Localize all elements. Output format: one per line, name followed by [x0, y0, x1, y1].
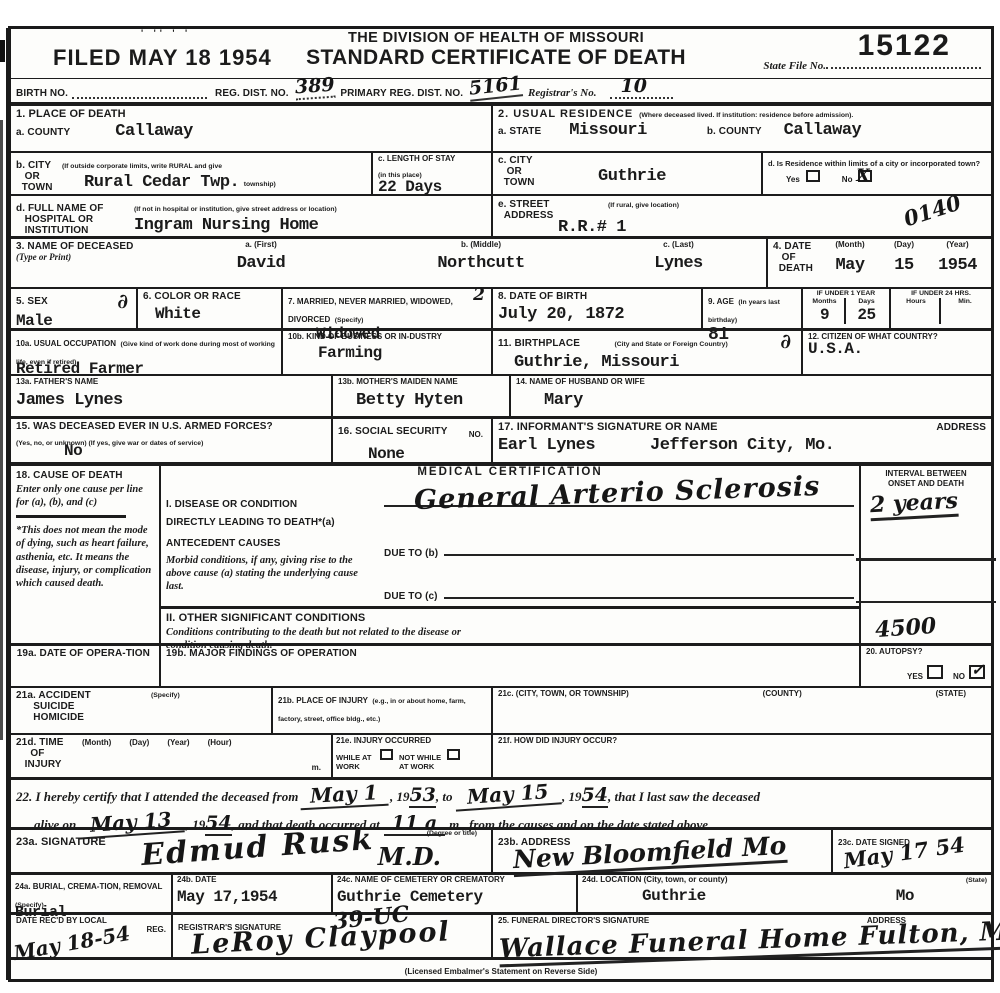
months-label: Months [805, 298, 844, 306]
father-name-value: James Lynes [16, 391, 326, 410]
injury-occurred-label: 21e. INJURY OCCURRED [336, 737, 488, 746]
under-24-hrs-cell: IF UNDER 24 HRS. Hours Min. [891, 289, 991, 328]
min-label: Min. [941, 298, 989, 306]
informant-address-value: Jefferson City, Mo. [650, 436, 834, 455]
primary-reg-dist-label: PRIMARY REG. DIST. NO. [340, 88, 463, 99]
while-at-work-label: WHILE AT WORK [336, 753, 380, 771]
county-value: Callaway [115, 122, 193, 141]
injury-county-label: (COUNTY) [763, 690, 802, 699]
certificate-title: STANDARD CERTIFICATE OF DEATH [281, 46, 711, 70]
line-a-label: (a) [322, 517, 335, 528]
injury-state-label: (STATE) [936, 690, 966, 699]
burial-type-label: 24a. BURIAL, CREMA-TION, REMOVAL [15, 882, 162, 891]
burial-location-label: 24d. LOCATION (City, town, or county) [582, 876, 727, 885]
under-24-hrs-label: IF UNDER 24 HRS. [893, 290, 989, 298]
hours-label: Hours [893, 298, 939, 306]
marital-label: 7. MARRIED, NEVER MARRIED, WIDOWED, DIVO… [288, 297, 453, 324]
death-year-label: (Year) [929, 241, 986, 250]
place-of-injury-cell: 21b. PLACE OF INJURY (e.g., in or about … [273, 688, 493, 733]
cause-notes-cell: 18. CAUSE OF DEATH Enter only one cause … [11, 466, 161, 643]
birthplace-note: (City and State or Foreign Country) [614, 341, 727, 348]
place-city-note2: township) [244, 181, 276, 188]
days-value: 25 [846, 306, 887, 324]
birthplace-cell: 11. BIRTHPLACE (City and State or Foreig… [493, 331, 803, 374]
row-parents: 13a. FATHER'S NAME James Lynes 13b. MOTH… [11, 376, 991, 419]
disease-condition-label-1: I. DISEASE OR CONDITION [166, 499, 297, 510]
death-certificate-sheet: ' '' ' ' FILED MAY 18 1954 THE DIVISION … [8, 26, 994, 982]
limits-no-checkbox: X [858, 170, 872, 182]
degree-label: (Degree or title) [427, 830, 477, 838]
date-received-value: May 18-54 [12, 921, 132, 965]
footer-row: (Licensed Embalmer's Statement on Revers… [11, 960, 991, 976]
autopsy-yes-label: YES [907, 673, 923, 682]
burial-state-value: Mo [896, 887, 914, 905]
date-of-operation-label: 19a. DATE OF OPERA-TION [16, 648, 154, 659]
date-of-death-label: 4. DATE OF DEATH [773, 241, 821, 285]
first-name-label: a. (First) [156, 241, 366, 250]
due-to-b-label: DUE TO (b) [384, 548, 438, 559]
burial-date-cell: 24b. DATE May 17,1954 [173, 875, 333, 912]
death-month-value: May [821, 256, 879, 275]
place-of-death-title: 1. PLACE OF DEATH [16, 108, 486, 120]
row-demographics: 5. SEX ∂ Male 6. COLOR OR RACE White 7. … [11, 289, 991, 331]
embalmer-note-cell: (Licensed Embalmer's Statement on Revers… [11, 960, 991, 976]
injury-city-label: 21c. (CITY, TOWN, OR TOWNSHIP) [498, 690, 629, 699]
row-place-residence-a: 1. PLACE OF DEATH a. COUNTY Callaway 2. … [11, 106, 991, 153]
other-conditions-label: II. OTHER SIGNIFICANT CONDITIONS [166, 612, 854, 624]
industry-label: 10b. KIND OF BUSINESS OR IN-DUSTRY [288, 333, 486, 342]
first-name-value: David [156, 254, 366, 273]
row-accident: 21a. ACCIDENT SUICIDE HOMICIDE (Specify)… [11, 688, 991, 735]
mother-name-label: 13b. MOTHER'S MAIDEN NAME [338, 378, 504, 387]
injury-location-cell: 21c. (CITY, TOWN, OR TOWNSHIP) (COUNTY) … [493, 688, 991, 733]
embalmer-note: (Licensed Embalmer's Statement on Revers… [405, 967, 598, 976]
residence-city-cell: c. CITY OR TOWN Guthrie [493, 153, 763, 194]
residence-county-label: b. COUNTY [707, 126, 762, 137]
funeral-director-label: 25. FUNERAL DIRECTOR'S SIGNATURE [498, 917, 649, 926]
name-of-deceased-cell: 3. NAME OF DECEASED (Type or Print) a. (… [11, 239, 768, 287]
antecedent-causes-label: ANTECEDENT CAUSES [166, 538, 384, 549]
physician-address-cell: 23b. ADDRESS New Bloomfield Mo [493, 830, 833, 872]
street-address-cell: e. STREET ADDRESS (If rural, give locati… [493, 196, 991, 236]
spouse-name-value: Mary [544, 391, 986, 410]
state-file-no-label: State File No. [763, 60, 826, 72]
industry-value: Farming [318, 344, 486, 362]
death-day-label: (Day) [879, 241, 929, 250]
sex-scribble: ∂ [117, 289, 128, 313]
last-name-label: c. (Last) [596, 241, 761, 250]
armed-forces-label: 15. WAS DECEASED EVER IN U.S. ARMED FORC… [16, 421, 326, 432]
name-title: 3. NAME OF DECEASED [16, 241, 156, 252]
date-of-birth-cell: 8. DATE OF BIRTH July 20, 1872 [493, 289, 703, 328]
father-name-label: 13a. FATHER'S NAME [16, 378, 326, 387]
date-of-birth-label: 8. DATE OF BIRTH [498, 291, 696, 302]
interval-line-b [856, 558, 996, 561]
informant-label: 17. INFORMANT'S SIGNATURE OR NAME [498, 421, 718, 433]
due-to-b-line [444, 546, 854, 556]
cause-note-2: *This does not mean the mode of dying, s… [16, 524, 154, 590]
cause-scribble-4500: 4500 [874, 613, 937, 643]
usual-residence-title: 2. USUAL RESIDENCE [498, 108, 633, 120]
reg-dist-label: REG. DIST. NO. [215, 88, 289, 99]
not-while-at-work-checkbox [447, 749, 460, 760]
middle-name-label: b. (Middle) [366, 241, 596, 250]
row-time-of-injury: 21d. TIME OF INJURY (Month) (Day) (Year)… [11, 735, 991, 780]
row-name-dateofdeath: 3. NAME OF DECEASED (Type or Print) a. (… [11, 239, 991, 289]
physician-signature-value: Edmud Rusk [140, 822, 375, 873]
cert-year-1: 53 [409, 784, 435, 808]
limits-yes-checkbox [806, 170, 820, 182]
cert-text-2: , 19 [390, 789, 410, 805]
ssn-label: 16. SOCIAL SECURITY [338, 426, 448, 437]
birthplace-label: 11. BIRTHPLACE [498, 338, 580, 349]
certification-cell: 22. I hereby certify that I attended the… [11, 780, 991, 827]
physician-signature-cell: 23a. SIGNATURE Edmud Rusk (Degree or tit… [11, 830, 493, 872]
row-place-residence-b: b. CITY OR TOWN (If outside corporate li… [11, 153, 991, 196]
autopsy-cell: 20. AUTOPSY? YES NO ✓ [861, 646, 991, 686]
injury-m-label: m. [312, 764, 321, 773]
row-operation-autopsy: 19a. DATE OF OPERA-TION 19b. MAJOR FINDI… [11, 646, 991, 688]
interval-value: 2 years [869, 488, 958, 522]
burial-location-cell: 24d. LOCATION (City, town, or county) (S… [578, 875, 991, 912]
sex-label: 5. SEX [16, 296, 48, 307]
registrar-no-value: 10 [610, 75, 672, 99]
race-label: 6. COLOR OR RACE [143, 291, 276, 302]
disease-condition-label-2: DIRECTLY LEADING TO DEATH* [166, 517, 322, 528]
birth-no-line [72, 87, 207, 99]
father-name-cell: 13a. FATHER'S NAME James Lynes [11, 376, 333, 416]
time-of-injury-cell: 21d. TIME OF INJURY (Month) (Day) (Year)… [11, 735, 333, 777]
date-of-birth-value: July 20, 1872 [498, 305, 696, 324]
cause-of-death-title: 18. CAUSE OF DEATH [16, 470, 154, 481]
autopsy-no-checkbox: ✓ [969, 665, 985, 679]
burial-date-value: May 17,1954 [177, 888, 327, 906]
injury-hour-label: (Hour) [208, 739, 232, 748]
hospital-value: Ingram Nursing Home [134, 216, 318, 235]
spouse-name-cell: 14. NAME OF HUSBAND OR WIFE Mary [511, 376, 991, 416]
due-to-c-label: DUE TO (c) [384, 591, 438, 602]
cause-line-a: General Arterio Sclerosis [384, 485, 854, 507]
name-title-note: (Type or Print) [16, 252, 156, 263]
age-cell: 9. AGE (In years last birthday) 81 [703, 289, 803, 328]
ssn-value: None [368, 445, 486, 463]
informant-name-value: Earl Lynes [498, 436, 595, 455]
mother-name-value: Betty Hyten [356, 391, 504, 410]
cert-text-4: , 19 [562, 789, 582, 805]
time-of-injury-label: 21d. TIME OF INJURY [16, 737, 74, 770]
funeral-director-cell: 25. FUNERAL DIRECTOR'S SIGNATURE ADDRESS… [493, 915, 991, 957]
row-forces-ssn-informant: 15. WAS DECEASED EVER IN U.S. ARMED FORC… [11, 419, 991, 466]
citizenship-value: U.S.A. [808, 340, 986, 358]
days-label: Days [846, 298, 887, 306]
last-name-value: Lynes [596, 254, 761, 273]
cemetery-label: 24c. NAME OF CEMETERY OR CREMATORY [337, 876, 572, 885]
residence-city-value: Guthrie [598, 167, 666, 186]
industry-cell: 10b. KIND OF BUSINESS OR IN-DUSTRY Farmi… [283, 331, 493, 374]
while-at-work-checkbox [380, 749, 393, 760]
accident-type-cell: 21a. ACCIDENT SUICIDE HOMICIDE (Specify) [11, 688, 273, 733]
date-received-label: DATE REC'D BY LOCALREG. [16, 917, 166, 926]
scan-edge-artifact [0, 40, 5, 62]
registration-cell: BIRTH NO. REG. DIST. NO. 389 PRIMARY REG… [11, 79, 991, 102]
death-day-value: 15 [879, 256, 929, 275]
burial-state-label: (State) [966, 877, 987, 885]
cert-text-5: , that I last saw the deceased [608, 789, 760, 805]
armed-forces-note: (Yes, no, or unknown) (If yes, give war … [16, 440, 203, 447]
interval-line-c [856, 601, 996, 603]
burial-city-value: Guthrie [642, 887, 706, 905]
occupation-label: 10a. USUAL OCCUPATION [16, 339, 116, 348]
birth-no-label: BIRTH NO. [16, 88, 68, 99]
limits-no-mark: X [856, 166, 869, 186]
injury-occurred-cell: 21e. INJURY OCCURRED WHILE AT WORK NOT W… [333, 735, 493, 777]
registrar-no-label: Registrar's No. [528, 87, 596, 99]
citizenship-cell: 12. CITIZEN OF WHAT COUNTRY? U.S.A. [803, 331, 991, 374]
autopsy-no-mark: ✓ [971, 660, 984, 679]
months-value: 9 [805, 306, 844, 324]
birthplace-scribble: ∂ [780, 329, 791, 353]
informant-cell: 17. INFORMANT'S SIGNATURE OR NAME ADDRES… [493, 419, 991, 462]
residence-limits-cell: d. Is Residence within limits of a city … [763, 153, 991, 194]
interval-cell: INTERVAL BETWEENONSET AND DEATH 2 years … [861, 466, 991, 643]
cause-divider [16, 515, 126, 518]
scan-noise-marks: ' '' ' ' [141, 28, 191, 38]
county-label: a. COUNTY [16, 127, 70, 138]
sex-cell: 5. SEX ∂ Male [11, 289, 138, 328]
place-city-note: (If outside corporate limits, write RURA… [62, 163, 222, 170]
under-1-year-cell: IF UNDER 1 YEAR Months 9 Days 25 [803, 289, 891, 328]
autopsy-no-label: NO [953, 673, 965, 682]
date-of-death-cell: 4. DATE OF DEATH (Month) May (Day) 15 (Y… [768, 239, 991, 287]
operation-findings-label: 19b. MAJOR FINDINGS OF OPERATION [166, 648, 854, 659]
hospital-cell: d. FULL NAME OF HOSPITAL OR INSTITUTION … [11, 196, 493, 236]
race-cell: 6. COLOR OR RACE White [138, 289, 283, 328]
length-of-stay-cell: c. LENGTH OF STAY (in this place) 22 Day… [373, 153, 493, 194]
under-1-year-label: IF UNDER 1 YEAR [805, 290, 887, 298]
part2-divider [161, 606, 859, 609]
middle-name-value: Northcutt [366, 254, 596, 273]
ssn-no-label: NO. [469, 431, 483, 440]
date-of-operation-cell: 19a. DATE OF OPERA-TION [11, 646, 161, 686]
usual-residence-cell: 2. USUAL RESIDENCE (Where deceased lived… [493, 106, 991, 151]
usual-residence-note: (Where deceased lived. If institution: r… [639, 112, 853, 120]
row-cause-of-death: 18. CAUSE OF DEATH Enter only one cause … [11, 466, 991, 646]
hospital-label: d. FULL NAME OF HOSPITAL OR INSTITUTION [16, 203, 134, 236]
length-of-stay-label: c. LENGTH OF STAY [378, 155, 486, 164]
row-occupation: 10a. USUAL OCCUPATION (Give kind of work… [11, 331, 991, 376]
filed-date-stamp: FILED MAY 18 1954 [53, 45, 272, 71]
degree-value: M.D. [378, 842, 441, 871]
residence-state-label: a. STATE [498, 126, 541, 137]
registration-row: BIRTH NO. REG. DIST. NO. 389 PRIMARY REG… [11, 79, 991, 106]
limits-yes-label: Yes [786, 176, 800, 185]
title-band: ' '' ' ' FILED MAY 18 1954 THE DIVISION … [11, 29, 991, 79]
primary-reg-dist-value: 5161 [468, 72, 523, 101]
row-certification: 22. I hereby certify that I attended the… [11, 780, 991, 830]
accident-type-label: 21a. ACCIDENT SUICIDE HOMICIDE [16, 690, 146, 723]
limits-no-label: No [842, 176, 853, 185]
date-received-cell: DATE REC'D BY LOCALREG. May 18-54 [11, 915, 173, 957]
row-burial: 24a. BURIAL, CREMA-TION, REMOVAL (Specif… [11, 875, 991, 915]
not-while-at-work-label: NOT WHILE AT WORK [399, 753, 447, 771]
autopsy-yes-checkbox [927, 665, 943, 679]
how-injury-occurred-cell: 21f. HOW DID INJURY OCCUR? [493, 735, 991, 777]
marital-scribble: 2 [473, 285, 485, 305]
how-injury-occurred-label: 21f. HOW DID INJURY OCCUR? [498, 737, 986, 746]
state-file-no-line [826, 57, 981, 69]
cemetery-value: Guthrie Cemetery [337, 888, 572, 906]
residence-limits-label: d. Is Residence within limits of a city … [768, 159, 986, 168]
medical-certification-cell: MEDICAL CERTIFICATION I. DISEASE OR COND… [161, 466, 861, 643]
row-place-residence-c: d. FULL NAME OF HOSPITAL OR INSTITUTION … [11, 196, 991, 239]
date-signed-cell: 23c. DATE SIGNED May 17 54 [833, 830, 991, 872]
cert-text-3: , to [436, 789, 453, 805]
death-month-label: (Month) [821, 241, 879, 250]
scan-edge-artifact [0, 120, 3, 740]
death-year-value: 1954 [929, 256, 986, 275]
injury-day-label: (Day) [129, 739, 149, 748]
physician-signature-label: 23a. SIGNATURE [16, 836, 106, 848]
place-city-value: Rural Cedar Twp. [84, 173, 239, 192]
place-of-injury-label: 21b. PLACE OF INJURY [278, 696, 368, 705]
age-label: 9. AGE [708, 297, 734, 306]
burial-date-label: 24b. DATE [177, 876, 327, 885]
occupation-cell: 10a. USUAL OCCUPATION (Give kind of work… [11, 331, 283, 374]
burial-type-cell: 24a. BURIAL, CREMA-TION, REMOVAL (Specif… [11, 875, 173, 912]
length-of-stay-value: 22 Days [378, 178, 486, 196]
cert-year-2: 54 [582, 784, 608, 808]
street-address-note: (If rural, give location) [608, 202, 679, 210]
residence-state-value: Missouri [569, 121, 647, 140]
division-title: THE DIVISION OF HEALTH OF MISSOURI [281, 30, 711, 46]
marital-cell: 7. MARRIED, NEVER MARRIED, WIDOWED, DIVO… [283, 289, 493, 328]
row-registrar: DATE REC'D BY LOCALREG. May 18-54 REGIST… [11, 915, 991, 960]
mother-name-cell: 13b. MOTHER'S MAIDEN NAME Betty Hyten [333, 376, 511, 416]
autopsy-label: 20. AUTOPSY? [866, 648, 986, 657]
residence-county-value: Callaway [784, 121, 862, 140]
reg-dist-value: 389 [294, 74, 335, 101]
spouse-name-label: 14. NAME OF HUSBAND OR WIFE [516, 378, 986, 387]
birthplace-value: Guthrie, Missouri [514, 353, 796, 372]
injury-month-label: (Month) [82, 739, 111, 748]
due-to-c-line [444, 589, 854, 599]
race-value: White [155, 305, 276, 323]
injury-year-label: (Year) [167, 739, 189, 748]
armed-forces-cell: 15. WAS DECEASED EVER IN U.S. ARMED FORC… [11, 419, 333, 462]
marital-note: (Specify) [335, 317, 364, 324]
ssn-cell: 16. SOCIAL SECURITY NO. None [333, 419, 493, 462]
hospital-note: (If not in hospital or institution, give… [134, 206, 337, 213]
cert-to-date: May 15 [454, 778, 561, 811]
antecedent-causes-note: Morbid conditions, if any, giving rise t… [166, 554, 366, 593]
sex-value: Male [16, 312, 131, 330]
interval-label: INTERVAL BETWEENONSET AND DEATH [866, 469, 986, 488]
title-cell: ' '' ' ' FILED MAY 18 1954 THE DIVISION … [11, 29, 991, 78]
cert-from-date: May 1 [300, 780, 389, 811]
accident-type-note: (Specify) [151, 692, 180, 700]
place-of-death-county-cell: 1. PLACE OF DEATH a. COUNTY Callaway [11, 106, 493, 151]
operation-findings-cell: 19b. MAJOR FINDINGS OF OPERATION [161, 646, 861, 686]
place-city-cell: b. CITY OR TOWN (If outside corporate li… [11, 153, 373, 194]
place-city-label: b. CITY OR TOWN [16, 160, 62, 193]
cert-text-1: 22. I hereby certify that I attended the… [16, 789, 298, 805]
registrar-signature-cell: REGISTRAR'S SIGNATURE 39-UC LeRoy Claypo… [173, 915, 493, 957]
cause-note-1: Enter only one cause per line for (a), (… [16, 483, 154, 509]
informant-address-label: ADDRESS [936, 422, 986, 433]
row-physician-signature: 23a. SIGNATURE Edmud Rusk (Degree or tit… [11, 830, 991, 875]
